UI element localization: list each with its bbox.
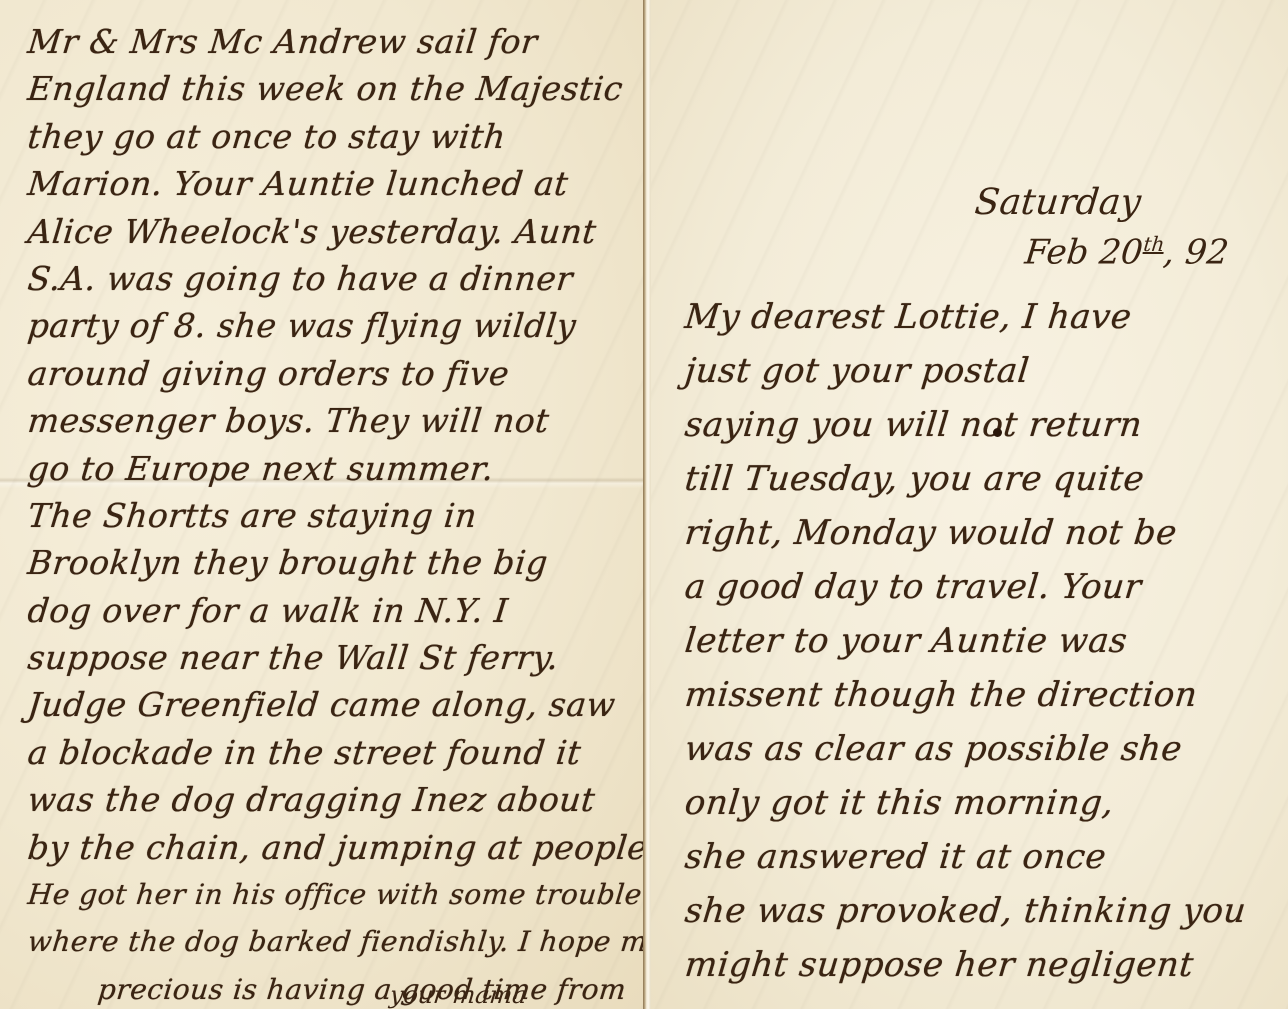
handwritten-line: was as clear as possible she bbox=[682, 722, 1283, 776]
handwritten-line: He got her in his office with some troub… bbox=[26, 871, 636, 918]
handwritten-line: a blockade in the street found it bbox=[26, 729, 636, 776]
handwritten-line: The Shortts are staying in bbox=[26, 492, 636, 539]
handwritten-line: might suppose her negligent bbox=[682, 938, 1283, 992]
handwritten-line: where the dog barked fiendishly. I hope … bbox=[26, 918, 636, 965]
ink-blot bbox=[993, 428, 1002, 437]
handwritten-line: right, Monday would not be bbox=[682, 506, 1283, 560]
handwritten-line: by the chain, and jumping at people bbox=[26, 824, 636, 871]
handwritten-line: go to Europe next summer. bbox=[26, 445, 636, 492]
handwritten-line: only got it this morning, bbox=[682, 776, 1283, 830]
handwritten-line: Judge Greenfield came along, saw bbox=[26, 681, 636, 728]
handwritten-line: a good day to travel. Your bbox=[682, 560, 1283, 614]
handwritten-line: they go at once to stay with bbox=[26, 113, 636, 160]
handwritten-line: Brooklyn they brought the big bbox=[26, 539, 636, 586]
handwritten-line: Alice Wheelock's yesterday. Aunt bbox=[26, 208, 636, 255]
left-page: Mr & Mrs Mc Andrew sail for England this… bbox=[0, 0, 645, 1009]
handwritten-line: messenger boys. They will not bbox=[26, 397, 636, 444]
handwritten-line: letter to your Auntie was bbox=[682, 614, 1283, 668]
date-ordinal: th bbox=[1142, 232, 1165, 256]
handwritten-line: England this week on the Majestic bbox=[26, 65, 636, 112]
handwritten-line: around giving orders to five bbox=[26, 350, 636, 397]
page-fold-gutter bbox=[643, 0, 651, 1009]
date-month-day: Feb 20 bbox=[1023, 232, 1145, 272]
handwritten-line: was the dog dragging Inez about bbox=[26, 776, 636, 823]
handwritten-line: My dearest Lottie, I have bbox=[682, 290, 1283, 344]
handwritten-line: S.A. was going to have a dinner bbox=[26, 255, 636, 302]
handwritten-line: precious is having a good time from bbox=[26, 966, 636, 1009]
letter-spread: Mr & Mrs Mc Andrew sail for England this… bbox=[0, 0, 1288, 1009]
right-page: Saturday Feb 20th, 92 My dearest Lottie,… bbox=[645, 0, 1288, 1009]
handwritten-line: till Tuesday, you are quite bbox=[682, 452, 1283, 506]
handwritten-line: dog over for a walk in N.Y. I bbox=[26, 587, 636, 634]
letter-day: Saturday bbox=[973, 182, 1143, 223]
left-page-text: Mr & Mrs Mc Andrew sail for England this… bbox=[28, 18, 633, 1009]
handwritten-line: missent though the direction bbox=[682, 668, 1283, 722]
handwritten-line: just got your postal bbox=[682, 344, 1283, 398]
handwritten-line: suppose near the Wall St ferry. bbox=[26, 634, 636, 681]
right-page-text: My dearest Lottie, I have just got your … bbox=[685, 290, 1280, 992]
letter-date: Feb 20th, 92 bbox=[1023, 232, 1231, 272]
handwritten-line: she was provoked, thinking you bbox=[682, 884, 1283, 938]
handwritten-line: saying you will not return bbox=[682, 398, 1283, 452]
handwritten-line: she answered it at once bbox=[682, 830, 1283, 884]
signoff: your mama bbox=[389, 982, 528, 1008]
date-year: , 92 bbox=[1162, 232, 1231, 272]
handwritten-line: Marion. Your Auntie lunched at bbox=[26, 160, 636, 207]
handwritten-line: Mr & Mrs Mc Andrew sail for bbox=[26, 18, 636, 65]
handwritten-line: party of 8. she was flying wildly bbox=[26, 302, 636, 349]
